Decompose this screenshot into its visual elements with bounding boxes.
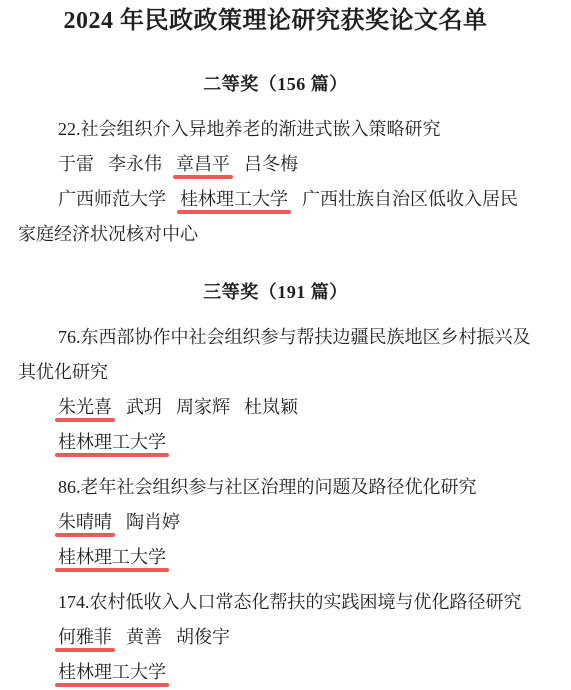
author-line: 于雷李永伟章昌平吕冬梅 (18, 147, 533, 182)
institution-name-underlined: 桂林理工大学 (58, 662, 166, 682)
author-name: 周家辉 (176, 397, 230, 417)
institution-line: 广西师范大学桂林理工大学广西壮族自治区低收入居民家庭经济状况核对中心 (18, 182, 533, 252)
institution-line: 桂林理工大学 (18, 425, 533, 460)
author-name: 吕冬梅 (244, 154, 298, 174)
institution-line: 桂林理工大学 (18, 540, 533, 575)
author-name: 陶肖婷 (126, 512, 180, 532)
author-name-underlined: 何雅菲 (58, 627, 112, 647)
paper-title: 22.社会组织介入异地养老的渐进式嵌入策略研究 (18, 112, 533, 147)
author-name: 胡俊宇 (176, 627, 230, 647)
author-name: 武玥 (126, 397, 162, 417)
institution-name-underlined: 桂林理工大学 (180, 189, 288, 209)
author-line: 何雅菲黄善胡俊宇 (18, 620, 533, 655)
author-name: 于雷 (58, 154, 94, 174)
section-heading-third-prize: 三等奖（191 篇） (18, 280, 533, 304)
institution-name: 广西师范大学 (58, 189, 166, 209)
paper-title: 76.东西部协作中社会组织参与帮扶边疆民族地区乡村振兴及其优化研究 (18, 320, 533, 390)
paper-entry-76: 76.东西部协作中社会组织参与帮扶边疆民族地区乡村振兴及其优化研究 朱光喜武玥周… (18, 320, 533, 460)
paper-title: 86.老年社会组织参与社区治理的问题及路径优化研究 (18, 470, 533, 505)
paper-entry-174: 174.农村低收入人口常态化帮扶的实践困境与优化路径研究 何雅菲黄善胡俊宇 桂林… (18, 585, 533, 690)
paper-entry-22: 22.社会组织介入异地养老的渐进式嵌入策略研究 于雷李永伟章昌平吕冬梅 广西师范… (18, 112, 533, 252)
section-second-prize: 二等奖（156 篇） 22.社会组织介入异地养老的渐进式嵌入策略研究 于雷李永伟… (18, 72, 533, 252)
award-document: 2024 年民政政策理论研究获奖论文名单 二等奖（156 篇） 22.社会组织介… (0, 0, 571, 690)
author-name: 李永伟 (108, 154, 162, 174)
page-title: 2024 年民政政策理论研究获奖论文名单 (18, 4, 533, 38)
institution-name-underlined: 桂林理工大学 (58, 547, 166, 567)
institution-line: 桂林理工大学 (18, 655, 533, 690)
paper-entry-86: 86.老年社会组织参与社区治理的问题及路径优化研究 朱晴晴陶肖婷 桂林理工大学 (18, 470, 533, 575)
author-name-underlined: 朱晴晴 (58, 512, 112, 532)
paper-title: 174.农村低收入人口常态化帮扶的实践困境与优化路径研究 (18, 585, 533, 620)
author-name: 黄善 (126, 627, 162, 647)
author-line: 朱晴晴陶肖婷 (18, 505, 533, 540)
author-name-underlined: 朱光喜 (58, 397, 112, 417)
author-line: 朱光喜武玥周家辉杜岚颖 (18, 390, 533, 425)
author-name: 杜岚颖 (244, 397, 298, 417)
author-name-underlined: 章昌平 (176, 154, 230, 174)
institution-name-underlined: 桂林理工大学 (58, 432, 166, 452)
section-heading-second-prize: 二等奖（156 篇） (18, 72, 533, 96)
section-third-prize: 三等奖（191 篇） 76.东西部协作中社会组织参与帮扶边疆民族地区乡村振兴及其… (18, 280, 533, 690)
